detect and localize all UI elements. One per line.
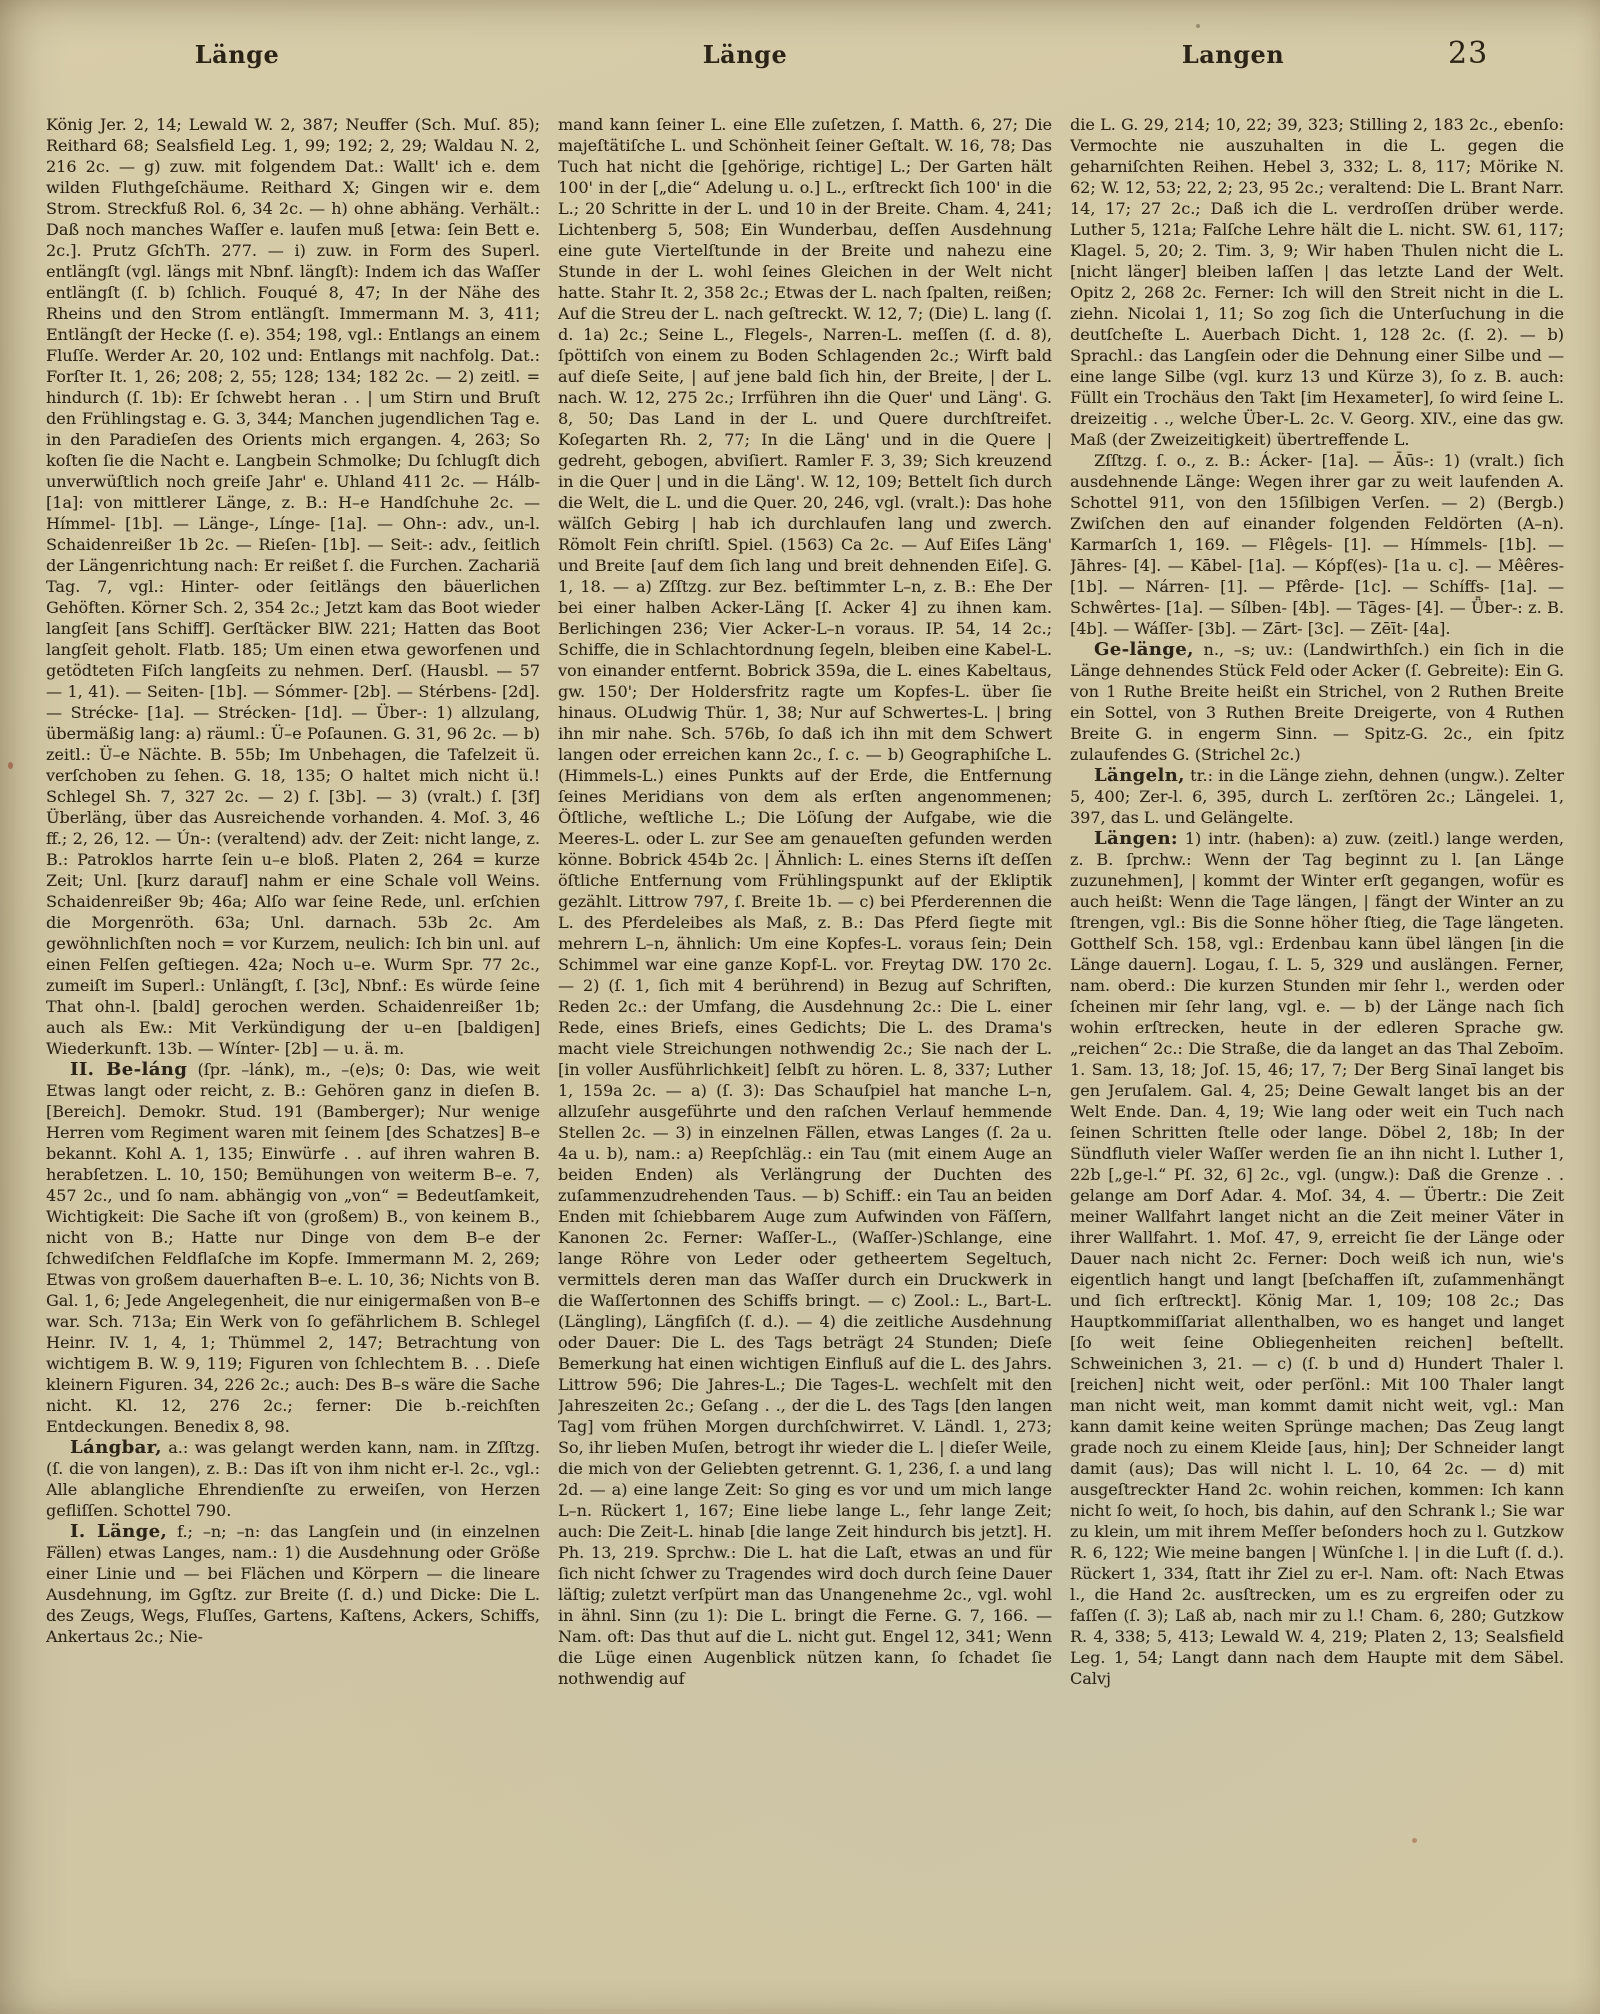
- text-column-2: mand kann ſeiner L. eine Elle zuſetzen, …: [558, 114, 1052, 1874]
- paper-speck: [1196, 24, 1200, 28]
- paragraph: II. Be-láng (ſpr. –lánk), m., –(e)s; 0: …: [46, 1059, 540, 1437]
- entry-headword: Längen:: [1094, 828, 1178, 849]
- paragraph: mand kann ſeiner L. eine Elle zuſetzen, …: [558, 114, 1052, 1689]
- paragraph: die L. G. 29, 214; 10, 22; 39, 323; Stil…: [1070, 114, 1564, 450]
- text-column-3: die L. G. 29, 214; 10, 22; 39, 323; Stil…: [1070, 114, 1564, 1874]
- text-column-1: König Jer. 2, 14; Lewald W. 2, 387; Neuf…: [46, 114, 540, 1874]
- paper-speck: [8, 762, 13, 769]
- paragraph: I. Länge, f.; –n; –n: das Langſein und (…: [46, 1521, 540, 1647]
- paragraph: Zſſtzg. ſ. o., z. B.: Ácker- [1a]. — Āūs…: [1070, 450, 1564, 639]
- entry-headword: Lángbar,: [70, 1437, 162, 1458]
- entry-headword: Längeln,: [1094, 765, 1185, 786]
- paragraph: Längen: 1) intr. (haben): a) zuw. (zeitl…: [1070, 828, 1564, 1689]
- running-head-right: Langen: [1160, 38, 1306, 72]
- paragraph: Ge-länge, n., –s; uv.: (Landwirthſch.) e…: [1070, 639, 1564, 765]
- entry-headword: Ge-länge,: [1094, 639, 1194, 660]
- page-number: 23: [1448, 34, 1518, 74]
- book-page: Länge Länge Langen 23 König Jer. 2, 14; …: [0, 0, 1600, 2014]
- running-head-center: Länge: [675, 38, 815, 72]
- paragraph: Längeln, tr.: in die Länge ziehn, dehnen…: [1070, 765, 1564, 828]
- entry-headword: I. Länge,: [70, 1521, 167, 1542]
- paragraph: König Jer. 2, 14; Lewald W. 2, 387; Neuf…: [46, 114, 540, 1059]
- entry-headword: II. Be-láng: [70, 1059, 187, 1080]
- running-head-left: Länge: [167, 38, 307, 72]
- paragraph: Lángbar, a.: was gelangt werden kann, na…: [46, 1437, 540, 1521]
